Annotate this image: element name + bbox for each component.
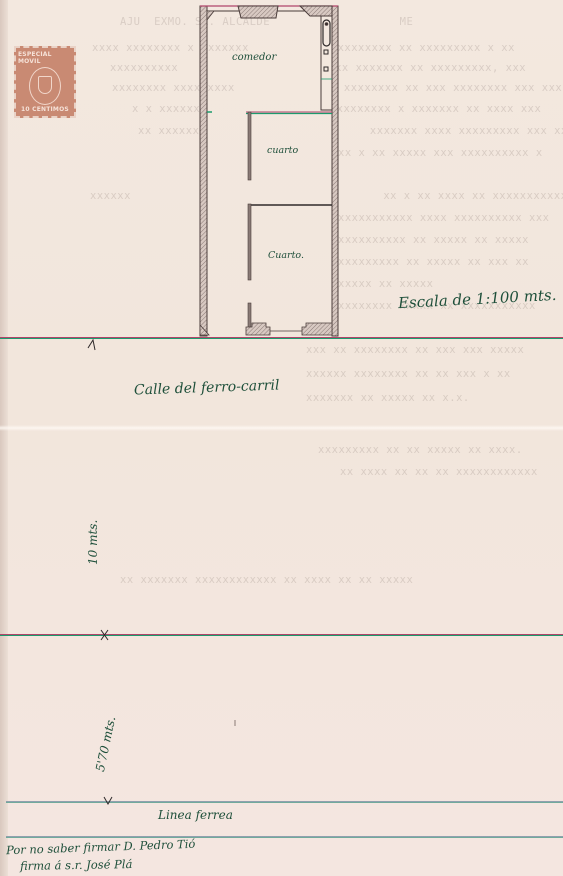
dimension-ticks <box>0 0 563 876</box>
document-page: AJU EXMO. SR. ALCALDE ME xxxx xxxxxxxx x… <box>0 0 563 876</box>
room-label-comedor: comedor <box>232 52 276 63</box>
rail-label: Linea ferrea <box>158 808 233 822</box>
signature-line-2: firma á s.r. José Plá <box>20 857 133 873</box>
dimension-label-10m: 10 mts. <box>86 520 100 565</box>
room-label-cuarto-1: cuarto <box>267 145 298 156</box>
room-label-cuarto-2: Cuarto. <box>268 250 304 261</box>
